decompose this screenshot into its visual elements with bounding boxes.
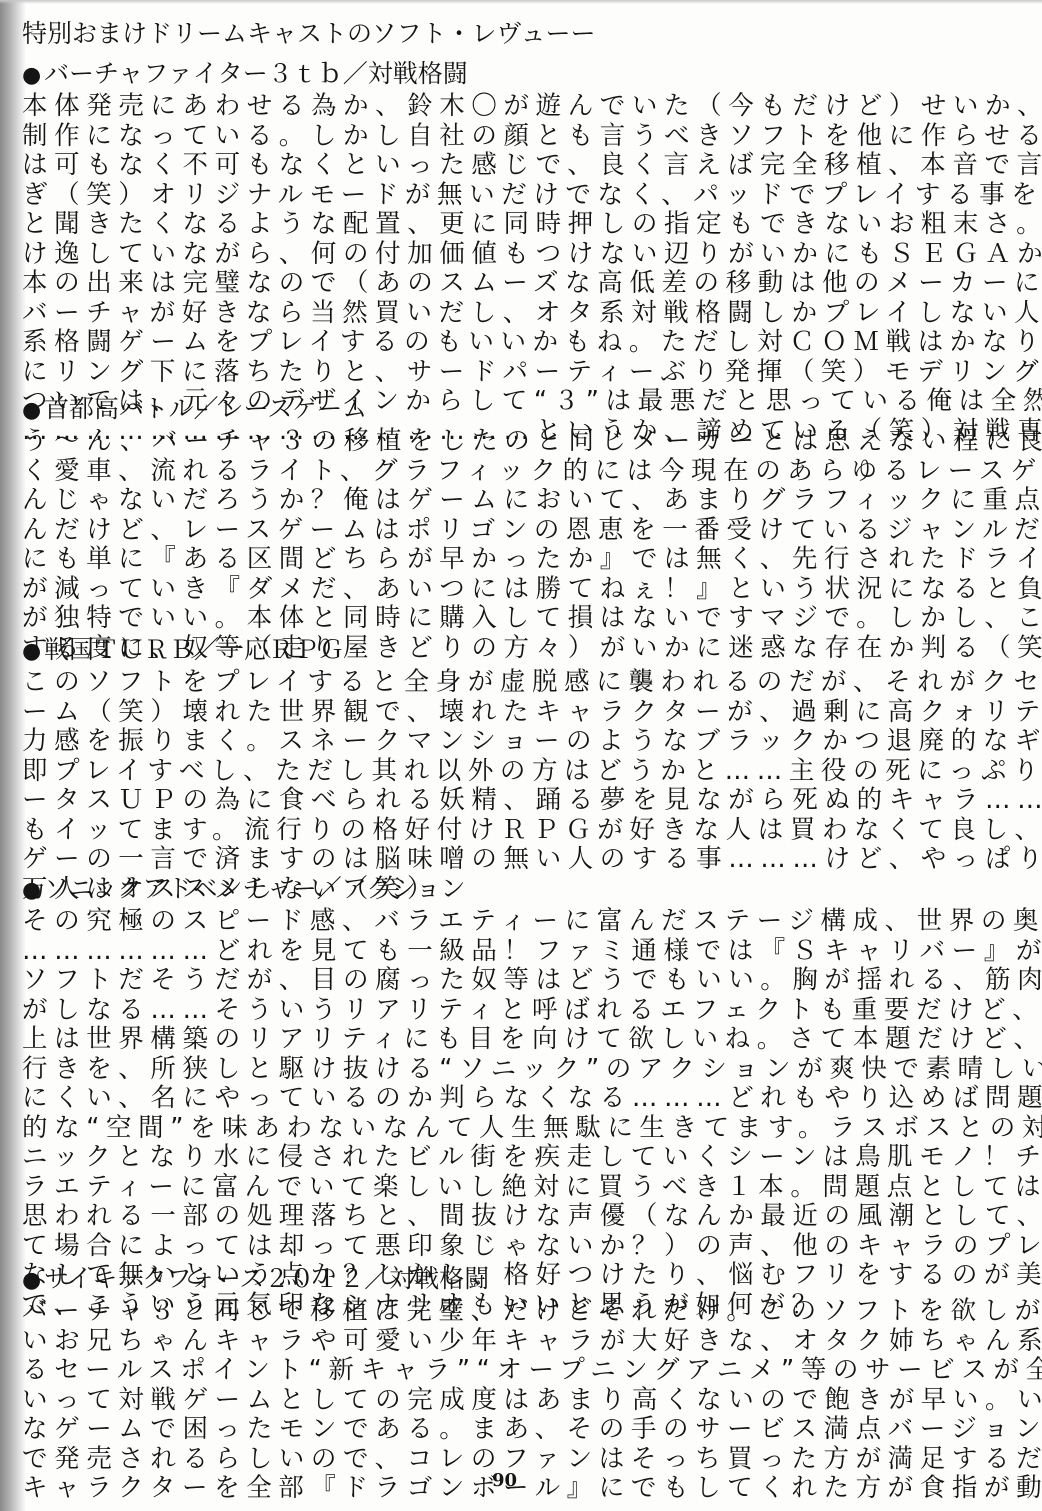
body-line: にも単に『ある区間どちらが早かったか』では無く、先行されたドライバーは精神ゲージ: [22, 545, 1012, 575]
body-line: う～ん、バーチャ３の移植をしたのと同じメーカーとは思えない程に良く出来ている。輝: [22, 427, 1012, 457]
review-body: う～ん、バーチャ３の移植をしたのと同じメーカーとは思えない程に良く出来ている。輝…: [22, 427, 1012, 663]
body-line: が減っていき『ダメだ、あいつには勝てねぇ！』という状況になると負ける精神力の闘い: [22, 575, 1012, 605]
body-line: 的な“空間”を味あわないなんて人生無駄に生きてます。ラスボスとの対決もスーパーソ: [22, 1114, 1012, 1144]
scan-top-edge: [0, 0, 1042, 4]
body-line: バーチャ３と同じで移植は完璧、だけどそれだけ。このソフトを欲しがる層（主に格好い: [22, 1297, 1012, 1327]
body-line: ニックとなり水に侵されたビル街を疾走していくシーンは鳥肌モノ！チャオの育て方もバ: [22, 1143, 1012, 1173]
review-title: 首都高バトル／レースゲーム: [44, 394, 367, 423]
review-heading: ●ソニックアドベンチャー／アクション: [22, 873, 1012, 907]
body-line: なゲームで困ったモンである。まあ、その手のサービス満点バージョンがＰＳだか２だか: [22, 1415, 1012, 1445]
body-line: と聞きたくなるような配置、更に同時押しの指定もできないお粗末さ。発売時機をコレだ: [22, 210, 1012, 240]
review-body: このソフトをプレイすると全身が虚脱感に襲われるのだが、それがクセになる恐ろしいゲ…: [22, 668, 1012, 904]
page-number: 90: [492, 1470, 517, 1491]
body-line: るセールスポイント“新キャラ”“オープニングアニメ”等のサービスが全然なく、かと: [22, 1356, 1012, 1386]
body-line: け逸していながら、何の付加価値もつけない辺りがいかにもＳＥＧＡかも（笑）ただし基: [22, 240, 1012, 270]
body-line: ータスＵＰの為に食べられる妖精、踊る夢を見ながら死ぬ的キャラ………どれを取って: [22, 786, 1012, 816]
body-line: んじゃないだろうか？俺はゲームにおいて、あまりグラフィックに重点を置かない人間な: [22, 486, 1012, 516]
body-line: ………………どれを見ても一級品！ファミ通様では『Ｓキャリバー』が誌上２本目の満点: [22, 937, 1012, 967]
review-heading: ●戦国ＴＵＲＢ／一応ＲＰＧ: [22, 634, 1012, 668]
body-line: ーム（笑）壊れた世界観で、壊れたキャラクターが、過剰に高クォリティーな出来で、脱: [22, 698, 1012, 728]
body-line: は可もなく不可もなくといった感じで、良く言えば完全移植、本音で言えばサービス悪す: [22, 151, 1012, 181]
body-line: もイッてます。流行りの格好付けＲＰＧが好きな人は買わなくて良し、こういう物をクソ: [22, 816, 1012, 846]
body-line: 即プレイすべし、ただし其れ以外の方はどうかと……主役の死にっぷり、体力回復やステ: [22, 757, 1012, 787]
body-line: にくい、名にやっているのか判らなくなる………どれもやり込めば問題なし！あの圧倒: [22, 1084, 1012, 1114]
review-body: その究極のスピード感、バラエティーに富んだステージ構成、世界の奥行きや立体感………: [22, 907, 1012, 1320]
review-heading: ●首都高バトル／レースゲーム: [22, 393, 1012, 427]
bullet-icon: ●: [22, 1265, 44, 1297]
body-line: く愛車、流れるライト、グラフィック的には今現在のあらゆるレースゲームで一番美しい: [22, 457, 1012, 487]
body-line: ゲーの一言で済ますのは脳味噌の無い人のする事………けど、やっぱりマニアックだし: [22, 845, 1012, 875]
body-line: んだけど、レースゲームはポリゴンの恩恵を一番受けているジャンルだろう。システム的: [22, 516, 1012, 546]
body-line: がしなる……そういうリアリティと呼ばれるエフェクトも重要だけど、ポリゴンである以: [22, 996, 1012, 1026]
body-line: 制作になっている。しかし自社の顔とも言うべきソフトを他に作らせるかな？出来として: [22, 122, 1012, 152]
body-line: にリング下に落ちたりと、サードパーティーぶり発揮（笑）モデリングが悪いとの意見に: [22, 358, 1012, 388]
body-line: いって対戦ゲームとしての完成度はあまり高くないので飽きが早い。いかにもＰＳライク: [22, 1386, 1012, 1416]
review-heading: ●バーチャファイター３ｔｂ／対戦格闘: [22, 58, 1012, 92]
review-title: サイキックフォース２０１２／対戦格闘: [44, 1264, 489, 1293]
bullet-icon: ●: [22, 636, 44, 668]
bullet-icon: ●: [22, 60, 44, 92]
review-psychic-force-2012: ●サイキックフォース２０１２／対戦格闘 バーチャ３と同じで移植は完璧、だけどそれ…: [22, 1263, 1012, 1504]
review-heading: ●サイキックフォース２０１２／対戦格闘: [22, 1263, 1012, 1297]
review-sengoku-turb: ●戦国ＴＵＲＢ／一応ＲＰＧ このソフトをプレイすると全身が虚脱感に襲われるのだが…: [22, 634, 1012, 904]
body-line: バーチャが好きなら当然買いだし、オタ系対戦格闘しかプレイしない人もたまにはリアル: [22, 299, 1012, 329]
body-line: いお兄ちゃんキャラや可愛い少年キャラが大好きな、オタク姉ちゃん系ユーザー）に対す: [22, 1327, 1012, 1357]
review-title: ソニックアドベンチャー／アクション: [44, 874, 466, 903]
body-line: 上は世界構築のリアリティにも目を向けて欲しいね。さて本題だけど、その構築された奥: [22, 1025, 1012, 1055]
bullet-icon: ●: [22, 395, 44, 427]
body-line: 行きを、所狭しと駆け抜ける“ソニック”のアクションが爽快で素晴しい。早すぎる、見: [22, 1055, 1012, 1085]
body-line: このソフトをプレイすると全身が虚脱感に襲われるのだが、それがクセになる恐ろしいゲ: [22, 668, 1012, 698]
body-line: ラエティーに富んでいて楽しいし絶対に買うべき１本。問題点としては発売を急いだ為と: [22, 1173, 1012, 1203]
body-line: ソフトだそうだが、目の腐った奴等はどうでもいい。胸が揺れる、筋肉が躍動する、剣先: [22, 966, 1012, 996]
body-line: 本体発売にあわせる為か、鈴木〇が遊んでいた（今もだけど）せいか、サードパーティー: [22, 92, 1012, 122]
review-title: 戦国ＴＵＲＢ／一応ＲＰＧ: [44, 635, 344, 664]
body-line: その究極のスピード感、バラエティーに富んだステージ構成、世界の奥行きや立体感……: [22, 907, 1012, 937]
body-line: ぎ（笑）オリジナルモードが無いだけでなく、パッドでプレイする事を想定しているのか: [22, 181, 1012, 211]
bullet-icon: ●: [22, 875, 44, 907]
body-line: 本の出来は完璧なので（あのスムーズな高低差の移動は他のメーカーには真似できない）: [22, 269, 1012, 299]
body-line: 思われる一部の処理落ちと、間抜けな声優（なんか最近の風潮として、必ず喋らせるのっ: [22, 1202, 1012, 1232]
body-line: が独特でいい。本体と同時に購入して損はないですマジで。しかし、このゲームをプレイ: [22, 604, 1012, 634]
review-virtua-fighter: ●バーチャファイター３ｔｂ／対戦格闘 本体発売にあわせる為か、鈴木〇が遊んでいた…: [22, 58, 1012, 446]
body-line: 力感を振りまく。スネークマンショーのようなブラックかつ退廃的なギャグが判る人間は: [22, 727, 1012, 757]
review-title: バーチャファイター３ｔｂ／対戦格闘: [44, 59, 468, 88]
body-line: 系格闘ゲームをプレイするのもいいかもね。ただし対ＣＯＭ戦はかなり頭が悪く、買って: [22, 328, 1012, 358]
review-sonic-adventure: ●ソニックアドベンチャー／アクション その究極のスピード感、バラエティーに富んだ…: [22, 873, 1012, 1320]
page-title: 特別おまけドリームキャストのソフト・レヴューー: [22, 18, 596, 50]
body-line: て場合によっては却って悪印象じゃないか？）の声、他のキャラのプレイがあまり意味を: [22, 1232, 1012, 1262]
review-shutokou-battle: ●首都高バトル／レースゲーム う～ん、バーチャ３の移植をしたのと同じメーカーとは…: [22, 393, 1012, 663]
